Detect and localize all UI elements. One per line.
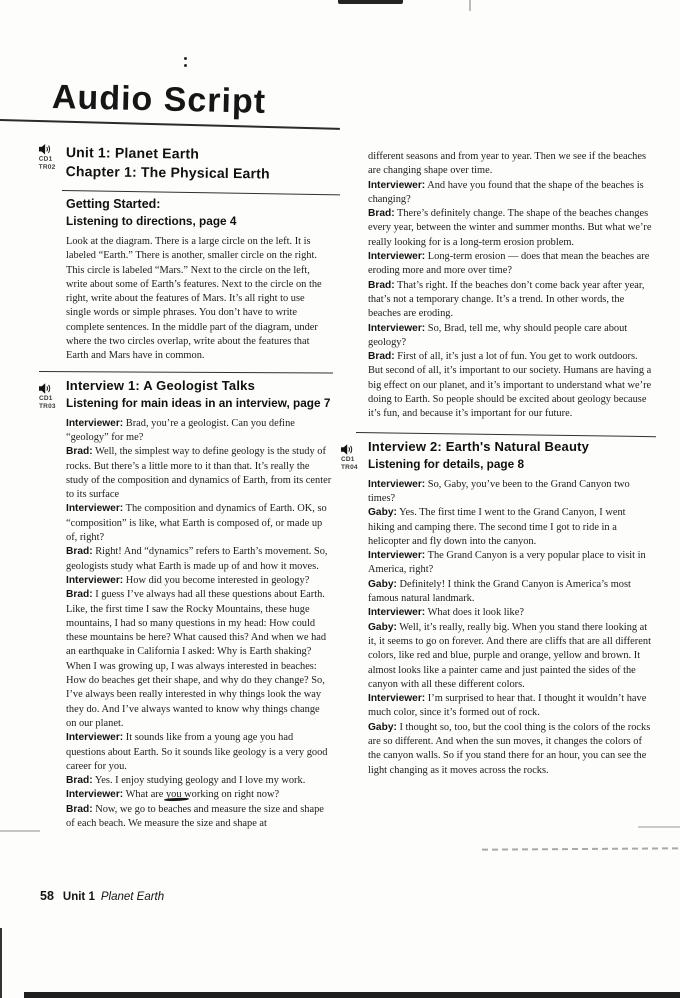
speaker-icon bbox=[39, 383, 52, 395]
audio-track-margin: CD1 TR04 bbox=[341, 444, 366, 472]
section-divider bbox=[62, 190, 340, 195]
interview2-dialogue: Interviewer: So, Gaby, you’ve been to th… bbox=[368, 478, 652, 778]
directions-paragraph: Look at the diagram. There is a large ci… bbox=[66, 235, 332, 364]
speaker-label: Brad: bbox=[368, 208, 395, 219]
dialogue-continuation: different seasons and from year to year.… bbox=[368, 150, 652, 179]
dialogue-paragraph: Brad: Right! And “dynamics” refers to Ea… bbox=[66, 545, 332, 574]
speaker-label: Interviewer: bbox=[368, 479, 425, 490]
page-number: 58 bbox=[40, 889, 54, 903]
getting-started-subheading: Listening to directions, page 4 bbox=[66, 214, 332, 229]
scan-artifact-top-bar bbox=[338, 0, 403, 4]
scanned-audio-script-page: Audio Script CD1 TR02 Unit 1: Planet Ear… bbox=[0, 0, 680, 998]
audio-track-margin: CD1 TR03 bbox=[39, 383, 64, 411]
speaker-label: Interviewer: bbox=[368, 323, 425, 334]
scan-faint-dash-line bbox=[482, 847, 678, 850]
page-footer: 58Unit 1Planet Earth bbox=[40, 887, 164, 905]
interview1-dialogue-right: Interviewer: And have you found that the… bbox=[368, 179, 652, 422]
scan-artifact-top-tick bbox=[469, 0, 471, 11]
dialogue-paragraph: Interviewer: I’m surprised to hear that.… bbox=[368, 692, 652, 721]
speaker-label: Interviewer: bbox=[66, 732, 123, 743]
dialogue-paragraph: Interviewer: So, Gaby, you’ve been to th… bbox=[368, 478, 652, 507]
footer-unit-title: Planet Earth bbox=[101, 891, 164, 903]
cd-label: CD1 bbox=[39, 395, 53, 403]
dialogue-paragraph: Interviewer: Long-term erosion — does th… bbox=[368, 250, 652, 279]
dialogue-paragraph: Brad: Yes. I enjoy studying geology and … bbox=[66, 774, 332, 788]
unit-header: CD1 TR02 Unit 1: Planet Earth Chapter 1:… bbox=[66, 143, 332, 184]
footer-unit-label: Unit 1 bbox=[63, 891, 95, 903]
cd-label: CD1 bbox=[341, 456, 355, 464]
speaker-label: Gaby: bbox=[368, 622, 397, 633]
speaker-label: Interviewer: bbox=[368, 550, 425, 561]
chapter-title: Chapter 1: The Physical Earth bbox=[66, 162, 332, 184]
page-title: Audio Script bbox=[52, 78, 267, 122]
interview1-dialogue-left: Interviewer: Brad, you’re a geologist. C… bbox=[66, 417, 332, 832]
speaker-label: Interviewer: bbox=[66, 575, 123, 586]
cd-label: CD1 bbox=[39, 156, 53, 164]
dialogue-paragraph: Interviewer: What does it look like? bbox=[368, 606, 652, 620]
stray-colon-mark bbox=[184, 57, 187, 60]
right-column: different seasons and from year to year.… bbox=[368, 150, 652, 778]
interview1-subheading: Listening for main ideas in an interview… bbox=[66, 396, 332, 411]
scan-edge-line bbox=[0, 928, 2, 998]
speaker-label: Gaby: bbox=[368, 507, 397, 518]
speaker-label: Brad: bbox=[66, 804, 93, 815]
dialogue-paragraph: Interviewer: Brad, you’re a geologist. C… bbox=[66, 417, 332, 446]
scan-fold-line-right bbox=[638, 826, 680, 828]
speaker-icon bbox=[341, 444, 354, 456]
speaker-label: Interviewer: bbox=[368, 180, 425, 191]
speaker-label: Brad: bbox=[368, 280, 395, 291]
left-column: CD1 TR02 Unit 1: Planet Earth Chapter 1:… bbox=[66, 143, 332, 831]
dialogue-paragraph: Brad: First of all, it’s just a lot of f… bbox=[368, 350, 652, 421]
speaker-icon bbox=[39, 144, 52, 156]
getting-started-heading: Getting Started: bbox=[66, 196, 332, 212]
track-label: TR04 bbox=[341, 464, 358, 472]
dialogue-paragraph: Interviewer: And have you found that the… bbox=[368, 179, 652, 208]
speaker-label: Interviewer: bbox=[66, 503, 123, 514]
dialogue-paragraph: Interviewer: How did you become interest… bbox=[66, 574, 332, 588]
dialogue-paragraph: Interviewer: The Grand Canyon is a very … bbox=[368, 549, 652, 578]
scan-fold-line-left bbox=[0, 830, 40, 832]
dialogue-paragraph: Brad: There’s definitely change. The sha… bbox=[368, 207, 652, 250]
dialogue-paragraph: Brad: That’s right. If the beaches don’t… bbox=[368, 279, 652, 322]
speaker-label: Brad: bbox=[66, 589, 93, 600]
speaker-label: Brad: bbox=[66, 546, 93, 557]
dialogue-paragraph: Brad: I guess I’ve always had all these … bbox=[66, 588, 332, 731]
speaker-label: Interviewer: bbox=[368, 607, 425, 618]
dialogue-paragraph: Interviewer: So, Brad, tell me, why shou… bbox=[368, 322, 652, 351]
speaker-label: Interviewer: bbox=[368, 251, 425, 262]
dialogue-paragraph: Gaby: Well, it’s really, really big. Whe… bbox=[368, 621, 652, 692]
speaker-label: Brad: bbox=[66, 446, 93, 457]
speaker-label: Brad: bbox=[368, 351, 395, 362]
audio-track-margin: CD1 TR02 bbox=[39, 144, 64, 172]
section-divider bbox=[39, 371, 333, 374]
speaker-label: Interviewer: bbox=[66, 789, 123, 800]
speaker-label: Interviewer: bbox=[66, 418, 123, 429]
dialogue-paragraph: Brad: Well, the simplest way to define g… bbox=[66, 445, 332, 502]
pen-underline-mark: you bbox=[166, 789, 182, 800]
title-underline bbox=[0, 119, 340, 130]
dialogue-paragraph: Interviewer: The composition and dynamic… bbox=[66, 502, 332, 545]
speaker-label: Gaby: bbox=[368, 579, 397, 590]
track-label: TR03 bbox=[39, 403, 56, 411]
speaker-label: Brad: bbox=[66, 775, 93, 786]
dialogue-paragraph: Gaby: I thought so, too, but the cool th… bbox=[368, 721, 652, 778]
dialogue-paragraph: Gaby: Definitely! I think the Grand Cany… bbox=[368, 578, 652, 607]
section-divider bbox=[356, 432, 656, 437]
scan-bottom-bar bbox=[24, 992, 680, 998]
interview2-subheading: Listening for details, page 8 bbox=[368, 457, 652, 472]
track-label: TR02 bbox=[39, 164, 56, 172]
dialogue-paragraph: Gaby: Yes. The first time I went to the … bbox=[368, 506, 652, 549]
dialogue-paragraph: Interviewer: What are you working on rig… bbox=[66, 788, 332, 802]
speaker-label: Interviewer: bbox=[368, 693, 425, 704]
dialogue-paragraph: Interviewer: It sounds like from a young… bbox=[66, 731, 332, 774]
interview2-header: CD1 TR04 Interview 2: Earth's Natural Be… bbox=[368, 438, 652, 472]
speaker-label: Gaby: bbox=[368, 722, 397, 733]
interview1-title: Interview 1: A Geologist Talks bbox=[66, 377, 332, 394]
dialogue-paragraph: Brad: Now, we go to beaches and measure … bbox=[66, 803, 332, 832]
interview2-title: Interview 2: Earth's Natural Beauty bbox=[368, 438, 652, 455]
interview1-header: CD1 TR03 Interview 1: A Geologist Talks … bbox=[66, 377, 332, 411]
